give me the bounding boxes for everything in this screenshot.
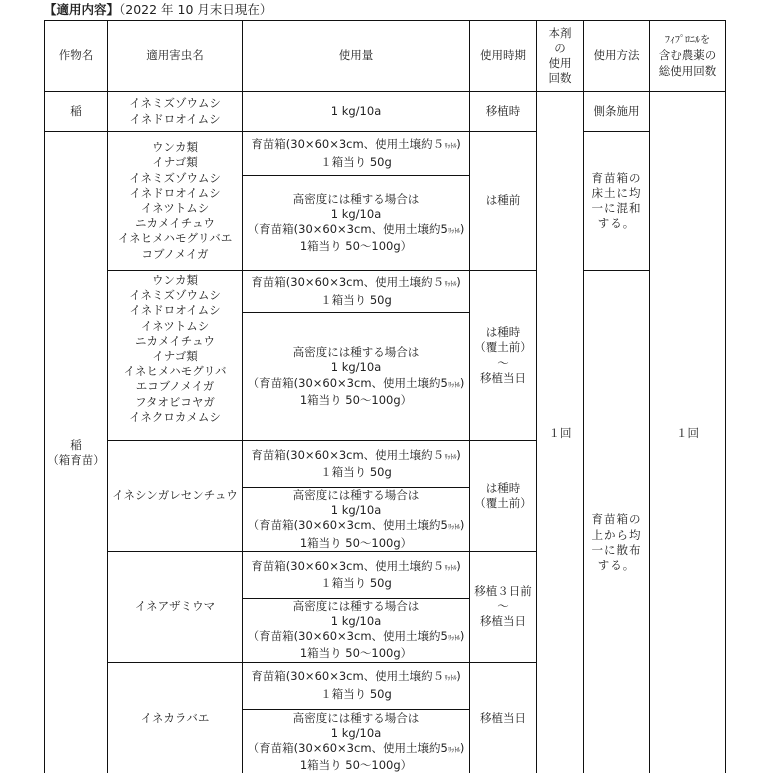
amount-text: ) <box>460 222 465 236</box>
unit-litre: ﾘｯﾄﾙ <box>444 142 456 150</box>
timing-cell: は種時 （覆土前） ～ 移植当日 <box>470 271 537 441</box>
table-row: 稲 イネミズゾウムシ イネドロオイムシ 1 kg/10a 移植時 １回 側条施用… <box>45 92 726 132</box>
amount-line: 1 kg/10a <box>243 360 469 375</box>
pest-name: フタオビコヤガ <box>108 395 242 410</box>
method-cell: 育苗箱の 上から均 一に散布 する。 <box>584 271 650 773</box>
caption-title: 【適用内容】 <box>44 2 119 17</box>
amount-line: 1箱当り 50～100g） <box>243 646 469 661</box>
amount-line: 高密度には種する場合は <box>243 345 469 360</box>
timing-line: は種時 <box>470 481 536 496</box>
header-row: 作物名 適用害虫名 使用量 使用時期 本剤 の 使用 回数 使用方法 ﾌｨﾌﾟﾛ… <box>45 21 726 92</box>
amount-text: 育苗箱(30×60×3cm、使用土壌約５ <box>251 137 444 151</box>
timing-cell: 移植当日 <box>470 662 537 773</box>
amount-text: 育苗箱(30×60×3cm、使用土壌約５ <box>251 559 444 573</box>
header-crop: 作物名 <box>45 21 108 92</box>
timing-line: 移植当日 <box>470 614 536 629</box>
unit-litre: ﾘｯﾄﾙ <box>448 523 460 531</box>
pest-cell: ウンカ類 イナゴ類 イネミズゾウムシ イネドロオイムシ イネツトムシ ニカメイチ… <box>108 132 243 271</box>
timing-cell: 移植３日前 ～ 移植当日 <box>470 551 537 662</box>
timing-line: （覆土前） <box>470 496 536 511</box>
amount-line: 1 kg/10a <box>243 207 469 222</box>
amount-text: （育苗箱(30×60×3cm、使用土壌約5 <box>248 518 448 532</box>
amount-line: 1 kg/10a <box>243 503 469 518</box>
amount-text: ) <box>460 629 465 643</box>
pest-name: ウンカ類 <box>108 273 242 288</box>
header-timing: 使用時期 <box>470 21 537 92</box>
table-caption: 【適用内容】（2022 年 10 月末日現在） <box>44 2 272 18</box>
method-line: 床土に均 <box>584 186 649 201</box>
amount-line: （育苗箱(30×60×3cm、使用土壌約5ﾘｯﾄﾙ) <box>243 629 469 646</box>
pest-name: コブノメイガ <box>108 247 242 262</box>
unit-litre: ﾘｯﾄﾙ <box>448 746 460 754</box>
method-line: 育苗箱の <box>584 171 649 186</box>
header-usage-count-line: 使用 <box>537 56 583 71</box>
amount-line: （育苗箱(30×60×3cm、使用土壌約5ﾘｯﾄﾙ) <box>243 222 469 239</box>
pest-cell: イネアザミウマ <box>108 551 243 662</box>
pest-name: ニカメイチュウ <box>108 216 242 231</box>
amount-text: ) <box>456 275 461 289</box>
method-line: 上から均 <box>584 528 649 543</box>
timing-cell: は種時 （覆土前） <box>470 441 537 552</box>
amount-line: 1箱当り 50～100g） <box>243 758 469 773</box>
method-line: する。 <box>584 558 649 573</box>
amount-line: 高密度には種する場合は <box>243 711 469 726</box>
header-usage-count-line: 本剤 <box>537 26 583 41</box>
amount-text: ) <box>456 559 461 573</box>
header-total-count-line: ﾌｨﾌﾟﾛﾆﾙを <box>650 33 725 48</box>
unit-litre: ﾘｯﾄﾙ <box>444 674 456 682</box>
amount-text: ) <box>456 448 461 462</box>
timing-line: 移植３日前 <box>470 584 536 599</box>
amount-cell-dense: 高密度には種する場合は 1 kg/10a （育苗箱(30×60×3cm、使用土壌… <box>243 313 470 441</box>
amount-text: ) <box>460 376 465 390</box>
amount-line: 育苗箱(30×60×3cm、使用土壌約５ﾘｯﾄﾙ) <box>243 448 469 465</box>
method-line: 一に散布 <box>584 543 649 558</box>
amount-line: 育苗箱(30×60×3cm、使用土壌約５ﾘｯﾄﾙ) <box>243 669 469 686</box>
timing-line: （覆土前） <box>470 340 536 355</box>
amount-line: 1箱当り 50～100g） <box>243 536 469 551</box>
timing-line: 移植当日 <box>470 371 536 386</box>
amount-line: １箱当り 50g <box>243 576 469 591</box>
amount-text: ) <box>456 669 461 683</box>
header-method: 使用方法 <box>584 21 650 92</box>
amount-text: ) <box>460 741 465 755</box>
header-total-count: ﾌｨﾌﾟﾛﾆﾙを 含む農薬の 総使用回数 <box>650 21 726 92</box>
unit-litre: ﾘｯﾄﾙ <box>444 280 456 288</box>
header-usage-count-line: の <box>537 41 583 56</box>
unit-litre: ﾘｯﾄﾙ <box>448 227 460 235</box>
table-row: ウンカ類 イネミズゾウムシ イネドロオイムシ イネツトムシ ニカメイチュウ イナ… <box>45 271 726 313</box>
pest-name: エコブノメイガ <box>108 379 242 394</box>
crop-cell: 稲 <box>45 92 108 132</box>
table-row: 稲 （箱育苗） ウンカ類 イナゴ類 イネミズゾウムシ イネドロオイムシ イネツト… <box>45 132 726 176</box>
header-total-count-line: 総使用回数 <box>650 64 725 79</box>
pest-name: イネツトムシ <box>108 201 242 216</box>
unit-litre: ﾘｯﾄﾙ <box>444 453 456 461</box>
amount-line: 高密度には種する場合は <box>243 599 469 614</box>
header-usage-count-line: 回数 <box>537 71 583 86</box>
amount-line: 1箱当り 50～100g） <box>243 393 469 408</box>
amount-text: 育苗箱(30×60×3cm、使用土壌約５ <box>251 448 444 462</box>
timing-cell: 移植時 <box>470 92 537 132</box>
timing-cell: は種前 <box>470 132 537 271</box>
amount-text: （育苗箱(30×60×3cm、使用土壌約5 <box>248 376 448 390</box>
pest-name: イネドロオイムシ <box>108 186 242 201</box>
pest-name: イナゴ類 <box>108 155 242 170</box>
amount-line: 高密度には種する場合は <box>243 192 469 207</box>
amount-text: 育苗箱(30×60×3cm、使用土壌約５ <box>251 275 444 289</box>
method-cell: 育苗箱の 床土に均 一に混和 する。 <box>584 132 650 271</box>
method-line: する。 <box>584 216 649 231</box>
amount-cell-dense: 高密度には種する場合は 1 kg/10a （育苗箱(30×60×3cm、使用土壌… <box>243 598 470 662</box>
pest-name: イネヒメハモグリバエ <box>108 231 242 246</box>
crop-name: 稲 <box>45 438 107 453</box>
total-count-cell: １回 <box>650 92 726 773</box>
amount-line: １箱当り 50g <box>243 293 469 308</box>
method-line: 育苗箱の <box>584 512 649 527</box>
unit-litre: ﾘｯﾄﾙ <box>448 634 460 642</box>
amount-cell-dense: 高密度には種する場合は 1 kg/10a （育苗箱(30×60×3cm、使用土壌… <box>243 176 470 271</box>
unit-litre: ﾘｯﾄﾙ <box>444 564 456 572</box>
pest-name: イネクロカメムシ <box>108 410 242 425</box>
pest-name: イネミズゾウムシ <box>108 288 242 303</box>
amount-line: １箱当り 50g <box>243 687 469 702</box>
pest-name: イネヒメハモグリバ <box>108 364 242 379</box>
pest-name: イネミズゾウムシ <box>108 96 242 111</box>
amount-line: （育苗箱(30×60×3cm、使用土壌約5ﾘｯﾄﾙ) <box>243 741 469 758</box>
application-table: 作物名 適用害虫名 使用量 使用時期 本剤 の 使用 回数 使用方法 ﾌｨﾌﾟﾛ… <box>44 20 726 773</box>
timing-line: ～ <box>470 356 536 371</box>
amount-cell-standard: 育苗箱(30×60×3cm、使用土壌約５ﾘｯﾄﾙ) １箱当り 50g <box>243 441 470 488</box>
amount-text: 育苗箱(30×60×3cm、使用土壌約５ <box>251 669 444 683</box>
method-line: 一に混和 <box>584 201 649 216</box>
header-total-count-line: 含む農薬の <box>650 48 725 63</box>
amount-text: （育苗箱(30×60×3cm、使用土壌約5 <box>248 629 448 643</box>
timing-line: ～ <box>470 599 536 614</box>
amount-line: 1 kg/10a <box>243 726 469 741</box>
unit-litre: ﾘｯﾄﾙ <box>448 381 460 389</box>
amount-line: 高密度には種する場合は <box>243 488 469 503</box>
amount-line: １箱当り 50g <box>243 155 469 170</box>
crop-name-sub: （箱育苗） <box>45 453 107 468</box>
amount-cell: 1 kg/10a <box>243 92 470 132</box>
amount-line: 育苗箱(30×60×3cm、使用土壌約５ﾘｯﾄﾙ) <box>243 275 469 292</box>
amount-text: （育苗箱(30×60×3cm、使用土壌約5 <box>248 741 448 755</box>
amount-line: 育苗箱(30×60×3cm、使用土壌約５ﾘｯﾄﾙ) <box>243 559 469 576</box>
amount-cell-standard: 育苗箱(30×60×3cm、使用土壌約５ﾘｯﾄﾙ) １箱当り 50g <box>243 271 470 313</box>
amount-line: 1箱当り 50～100g） <box>243 239 469 254</box>
header-pest: 適用害虫名 <box>108 21 243 92</box>
amount-text: （育苗箱(30×60×3cm、使用土壌約5 <box>248 222 448 236</box>
amount-text: ) <box>460 518 465 532</box>
pest-name: イネツトムシ <box>108 319 242 334</box>
pest-name: ウンカ類 <box>108 140 242 155</box>
amount-cell-dense: 高密度には種する場合は 1 kg/10a （育苗箱(30×60×3cm、使用土壌… <box>243 488 470 552</box>
pest-cell: イネシンガレセンチュウ <box>108 441 243 552</box>
amount-line: （育苗箱(30×60×3cm、使用土壌約5ﾘｯﾄﾙ) <box>243 518 469 535</box>
amount-line: 1 kg/10a <box>243 614 469 629</box>
pest-name: イネドロオイムシ <box>108 303 242 318</box>
pest-cell: イネミズゾウムシ イネドロオイムシ <box>108 92 243 132</box>
caption-date: （2022 年 10 月末日現在） <box>119 2 272 17</box>
method-cell: 側条施用 <box>584 92 650 132</box>
header-amount: 使用量 <box>243 21 470 92</box>
amount-line: （育苗箱(30×60×3cm、使用土壌約5ﾘｯﾄﾙ) <box>243 376 469 393</box>
crop-cell: 稲 （箱育苗） <box>45 132 108 773</box>
amount-cell-standard: 育苗箱(30×60×3cm、使用土壌約５ﾘｯﾄﾙ) １箱当り 50g <box>243 132 470 176</box>
amount-cell-dense: 高密度には種する場合は 1 kg/10a （育苗箱(30×60×3cm、使用土壌… <box>243 709 470 773</box>
header-usage-count: 本剤 の 使用 回数 <box>537 21 584 92</box>
pest-name: イネドロオイムシ <box>108 112 242 127</box>
timing-line: は種時 <box>470 325 536 340</box>
pest-cell: イネカラバエ <box>108 662 243 773</box>
pest-name: イナゴ類 <box>108 349 242 364</box>
amount-cell-standard: 育苗箱(30×60×3cm、使用土壌約５ﾘｯﾄﾙ) １箱当り 50g <box>243 662 470 709</box>
amount-line: １箱当り 50g <box>243 465 469 480</box>
pest-cell: ウンカ類 イネミズゾウムシ イネドロオイムシ イネツトムシ ニカメイチュウ イナ… <box>108 271 243 441</box>
usage-count-cell: １回 <box>537 92 584 773</box>
amount-line: 育苗箱(30×60×3cm、使用土壌約５ﾘｯﾄﾙ) <box>243 137 469 154</box>
amount-cell-standard: 育苗箱(30×60×3cm、使用土壌約５ﾘｯﾄﾙ) １箱当り 50g <box>243 551 470 598</box>
pest-name: ニカメイチュウ <box>108 334 242 349</box>
amount-text: ) <box>456 137 461 151</box>
pest-name: イネミズゾウムシ <box>108 171 242 186</box>
